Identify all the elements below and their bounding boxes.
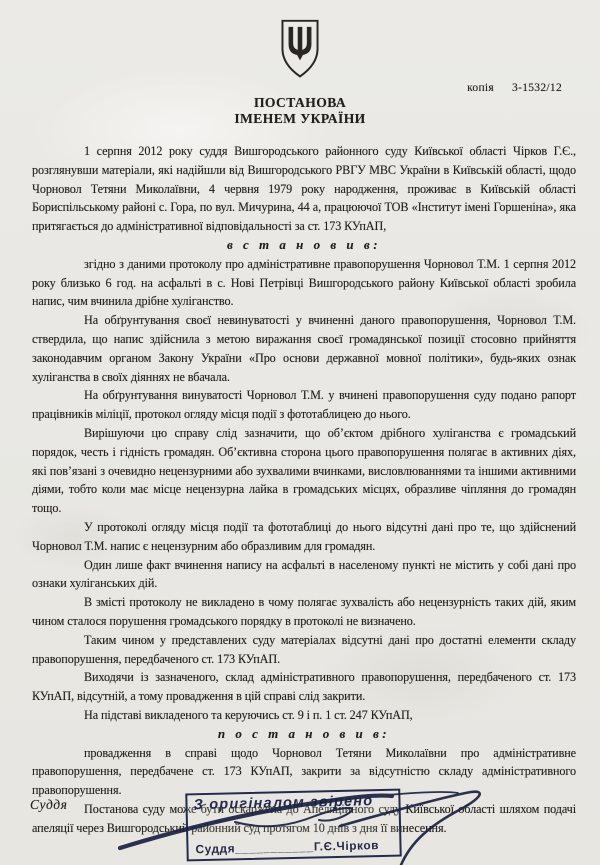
stamp-judge-name: Суддя___________Г.Є.Чірков — [195, 838, 379, 856]
copy-label: копія — [467, 82, 494, 94]
body-paragraph: Один лише факт вчинення напису на асфаль… — [32, 556, 576, 594]
body-paragraph: На обґрунтування своєї невинуватості у в… — [32, 311, 576, 386]
verification-stamp: З оригіналом звірено Суддя___________Г.Є… — [185, 789, 401, 862]
document-title: ПОСТАНОВА ІМЕНЕМ УКРАЇНИ — [0, 95, 600, 127]
body-paragraph: В змісті протоколу не викладено в чому п… — [32, 593, 576, 631]
heading-resolved: п о с т а н о в и в: — [32, 725, 576, 744]
stamp-verified-text: З оригіналом звірено — [193, 793, 393, 814]
title-line-2: ІМЕНЕМ УКРАЇНИ — [0, 111, 600, 127]
body-paragraph: На підставі викладеного та керуючись ст.… — [32, 706, 576, 725]
ukraine-coat-of-arms-icon — [275, 17, 325, 86]
scanned-court-resolution-page: копія 3-1532/12 ПОСТАНОВА ІМЕНЕМ УКРАЇНИ… — [0, 0, 600, 865]
body-paragraph: У протоколі огляду місця події та фотота… — [32, 518, 576, 556]
intro-paragraph: 1 серпня 2012 року суддя Вишгородського … — [32, 142, 576, 236]
body-paragraph: згідно з даними протоколу про адміністра… — [32, 255, 576, 311]
body-paragraph: На обґрунтування винуватості Чорновол Т.… — [32, 386, 576, 424]
body-paragraph: Таким чином у представлених суду матеріа… — [32, 631, 576, 669]
document-body: 1 серпня 2012 року суддя Вишгородського … — [0, 142, 600, 837]
body-paragraph: Вирішуючи цю справу слід зазначити, що о… — [32, 424, 576, 518]
case-number: 3-1532/12 — [512, 82, 562, 94]
emblem-container — [0, 0, 600, 86]
body-paragraph: Виходячи із зазначеного, склад адміністр… — [32, 668, 576, 706]
heading-established: в с т а н о в и в: — [32, 236, 576, 255]
copy-and-case-number: копія 3-1532/12 — [467, 82, 562, 94]
judge-signature-label: Суддя — [30, 797, 67, 813]
title-line-1: ПОСТАНОВА — [0, 95, 600, 111]
